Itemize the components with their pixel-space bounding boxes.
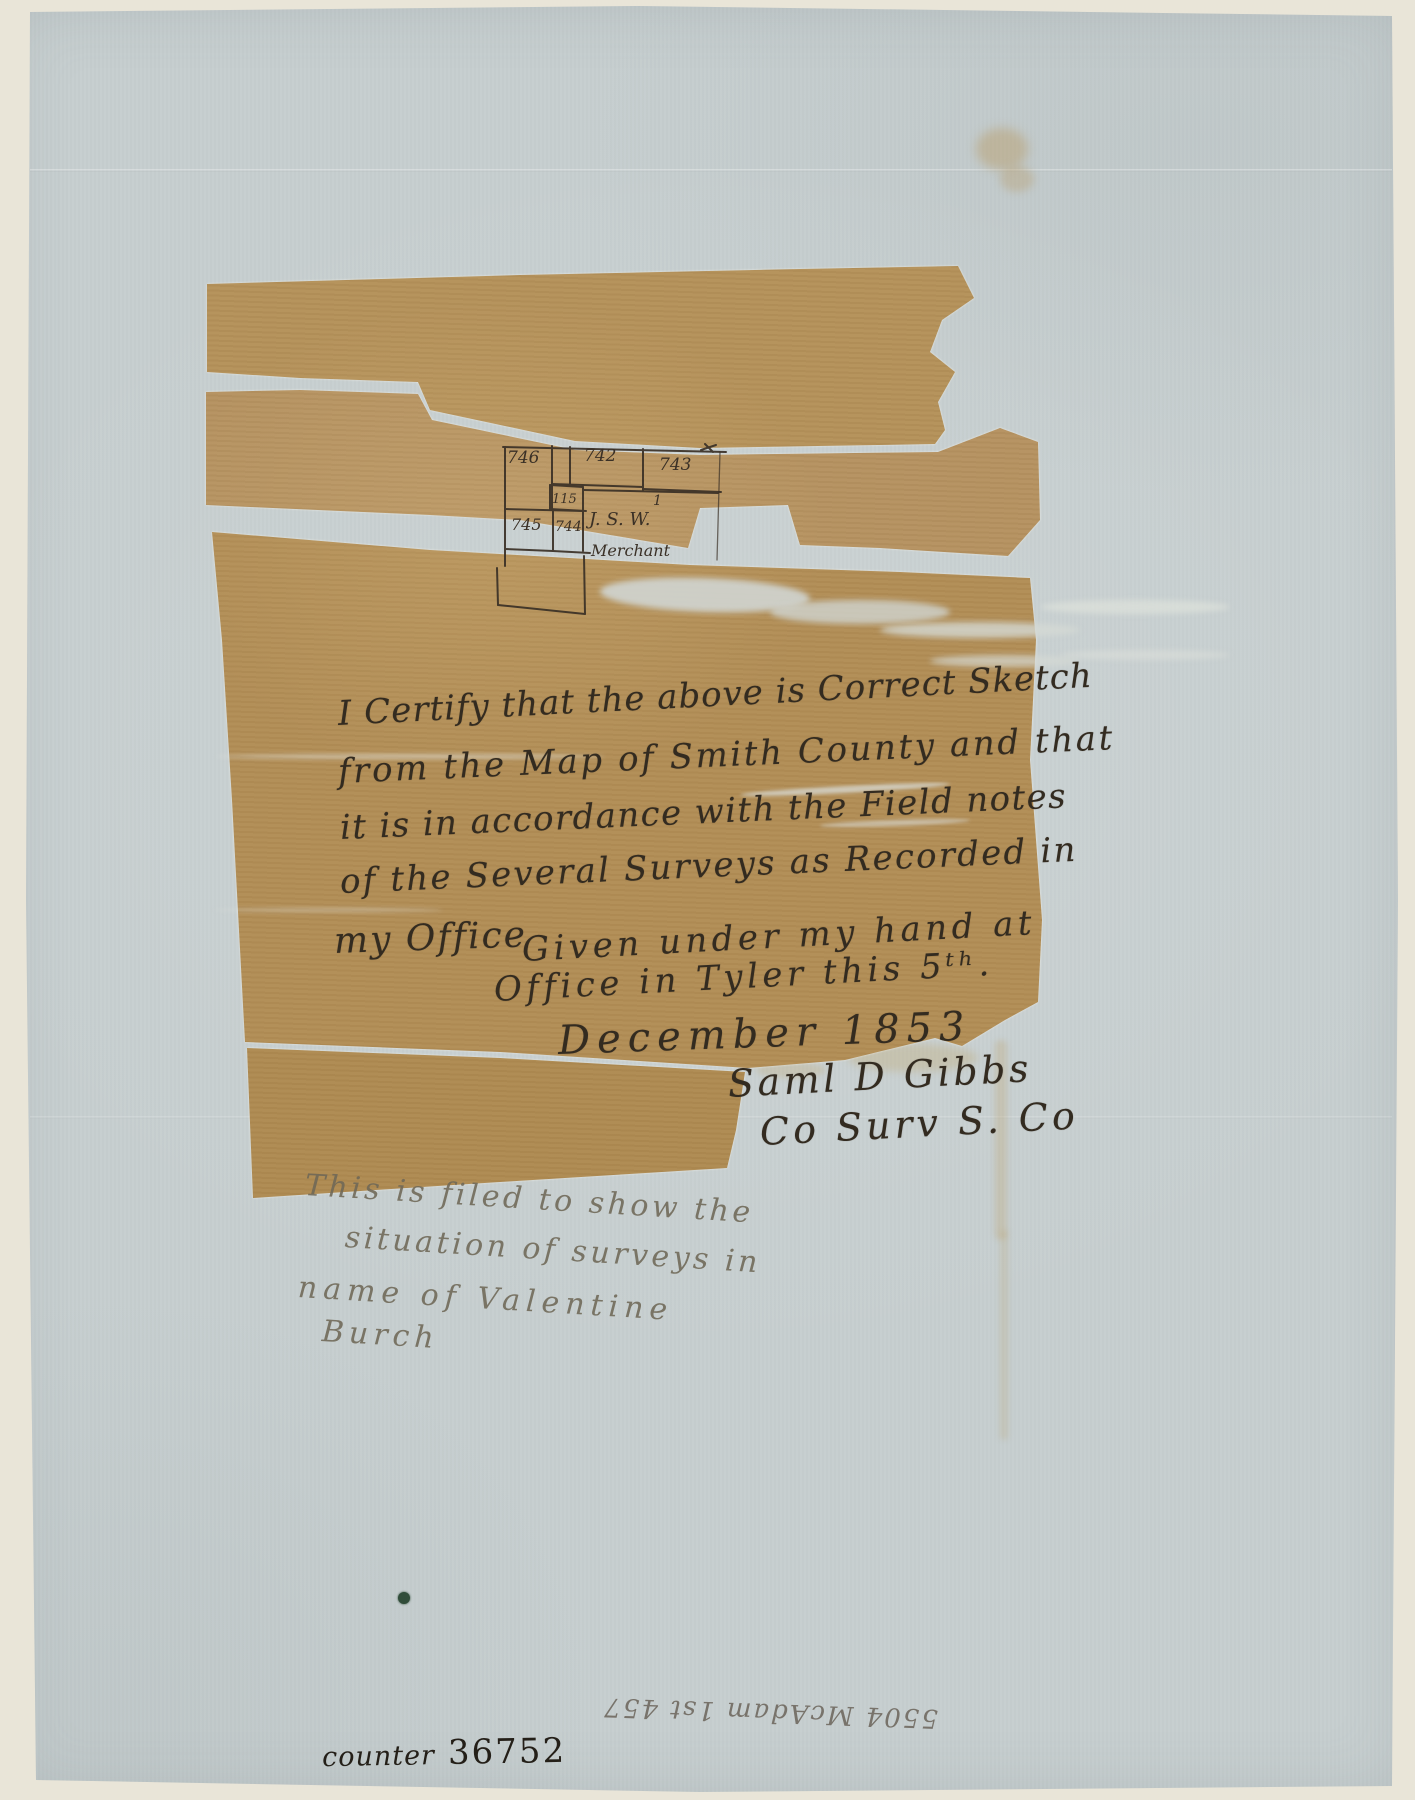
- plot-number-746: 746: [507, 448, 540, 468]
- plot-number-742: 742: [584, 446, 616, 466]
- plot-number-small: 115: [552, 492, 577, 507]
- counter-number: 36752: [448, 1731, 567, 1773]
- certificate-line-5a: my Office: [333, 914, 527, 962]
- plot-number-743: 743: [659, 455, 691, 475]
- counter-annotation: counter 36752: [322, 1731, 567, 1775]
- blue-backing-paper: 746 742 743 745 744 115 J. S. W. Merchan…: [0, 0, 1415, 1800]
- pencil-note-line-4: Burch: [321, 1314, 440, 1356]
- plot-owner-surname: Merchant: [590, 541, 671, 560]
- scanned-document: 746 742 743 745 744 115 J. S. W. Merchan…: [0, 0, 1415, 1800]
- green-ink-dot: [398, 1592, 410, 1604]
- sketch-mark-1: 1: [653, 493, 662, 509]
- survey-sketch: 746 742 743 745 744 115 J. S. W. Merchan…: [0, 0, 1415, 1800]
- counter-word: counter: [322, 1740, 435, 1773]
- plot-number-744: 744: [555, 519, 582, 535]
- plot-owner-initials: J. S. W.: [585, 509, 650, 530]
- plot-number-745: 745: [511, 515, 542, 534]
